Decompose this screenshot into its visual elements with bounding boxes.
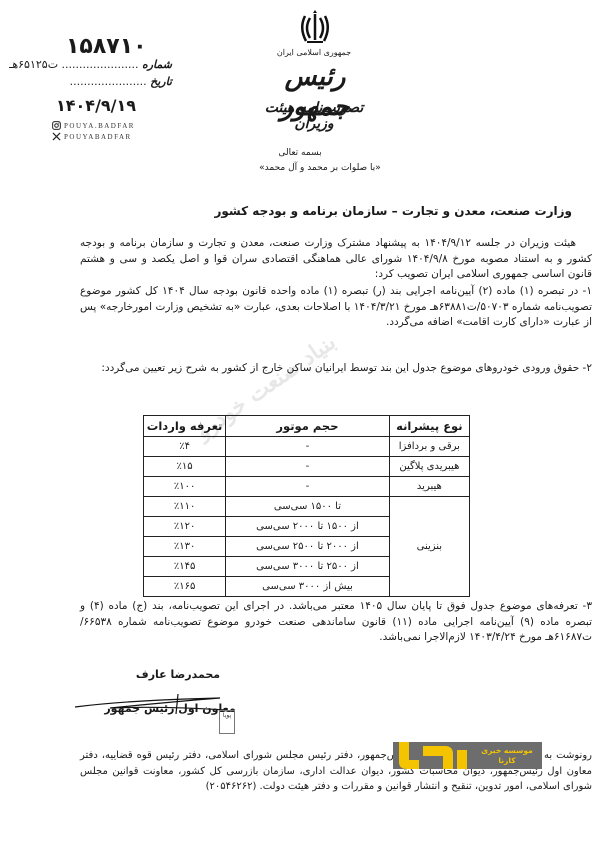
item-1-paragraph: ۱- در تبصره (۱) ماده (۲) آیین‌نامه اجرای… <box>80 284 592 331</box>
cell-engine: بیش از ۳۰۰۰ سی‌سی <box>226 577 390 597</box>
x-icon <box>52 132 61 141</box>
cell-type-gasoline: بنزینی <box>389 497 469 597</box>
number-dots: ...................... <box>62 58 139 71</box>
table-header-row: نوع پیشرانه حجم موتور تعرفه واردات <box>144 416 470 437</box>
cell-engine: - <box>226 437 390 457</box>
cell-engine: از ۲۵۰۰ تا ۳۰۰۰ سی‌سی <box>226 557 390 577</box>
cell-tariff: ٪۱۰۰ <box>144 477 226 497</box>
salawat: «با صلوات بر محمد و آل محمد» <box>200 163 440 173</box>
cell-engine: - <box>226 477 390 497</box>
x-handle: POUYABADFAR <box>64 133 132 141</box>
cell-tariff: ٪۱۳۰ <box>144 537 226 557</box>
date-label: تاریخ <box>150 75 172 88</box>
registration-date-line: تاریخ ...................... <box>22 75 172 88</box>
karna-logo-icon <box>393 742 473 769</box>
table-row: هیبریدی پلاگین - ٪۱۵ <box>144 457 470 477</box>
item-3-paragraph: ۳- تعرفه‌های موضوع جدول فوق تا پایان سال… <box>80 599 592 646</box>
logo-text: موسسه خبری کارنا <box>476 746 542 766</box>
cell-tariff: ٪۱۱۰ <box>144 497 226 517</box>
date-dots: ...................... <box>70 75 147 88</box>
cell-tariff: ٪۱۶۵ <box>144 577 226 597</box>
iran-emblem-icon <box>300 10 330 50</box>
cell-type: برقی و بردافزا <box>389 437 469 457</box>
cell-type: هیبریدی پلاگین <box>389 457 469 477</box>
logo-line-1: موسسه خبری <box>476 746 538 756</box>
intro-paragraph: هیئت وزیران در جلسه ۱۴۰۴/۹/۱۲ به پیشنهاد… <box>80 236 592 283</box>
cell-tariff: ٪۱۵ <box>144 457 226 477</box>
header-engine-type: نوع پیشرانه <box>389 416 469 437</box>
registration-number: ۱۵۸۷۱۰ <box>66 34 147 59</box>
cell-tariff: ٪۱۲۰ <box>144 517 226 537</box>
news-agency-logo: موسسه خبری کارنا <box>393 742 542 769</box>
cell-engine: - <box>226 457 390 477</box>
registration-number-line: شماره ...................... ت۶۵۱۲۵هـ <box>22 58 172 71</box>
table-row: بنزینی تا ۱۵۰۰ سی‌سی ٪۱۱۰ <box>144 497 470 517</box>
stamp: پویا <box>219 710 235 734</box>
tariff-table: نوع پیشرانه حجم موتور تعرفه واردات برقی … <box>143 415 470 597</box>
social-x: POUYABADFAR <box>52 132 132 141</box>
signatory-name: محمدرضا عارف <box>118 668 238 681</box>
cell-tariff: ٪۴ <box>144 437 226 457</box>
header-engine-volume: حجم موتور <box>226 416 390 437</box>
instagram-icon <box>52 121 61 130</box>
item-2-paragraph: ۲- حقوق ورودی خودروهای موضوع جدول این بن… <box>80 361 592 377</box>
instagram-handle: POUYA.BADFAR <box>64 122 135 130</box>
cell-engine: از ۱۵۰۰ تا ۲۰۰۰ سی‌سی <box>226 517 390 537</box>
cell-engine: از ۲۰۰۰ تا ۲۵۰۰ سی‌سی <box>226 537 390 557</box>
registration-date: ۱۴۰۴/۹/۱۹ <box>56 96 136 115</box>
number-value: ت۶۵۱۲۵هـ <box>9 58 58 71</box>
cell-engine: تا ۱۵۰۰ سی‌سی <box>226 497 390 517</box>
country-name: جمهوری اسلامی ایران <box>255 48 373 57</box>
document-type: تصویب‌نامه هیئت وزیران <box>244 100 384 132</box>
table-row: هیبرید - ٪۱۰۰ <box>144 477 470 497</box>
cell-tariff: ٪۱۴۵ <box>144 557 226 577</box>
basmala: بسمه تعالی <box>200 148 400 158</box>
recipients: وزارت صنعت، معدن و تجارت – سازمان برنامه… <box>180 204 572 218</box>
header-import-tariff: تعرفه واردات <box>144 416 226 437</box>
social-instagram: POUYA.BADFAR <box>52 121 135 130</box>
table-row: برقی و بردافزا - ٪۴ <box>144 437 470 457</box>
logo-line-2: کارنا <box>476 756 538 766</box>
number-label: شماره <box>142 58 172 71</box>
cell-type: هیبرید <box>389 477 469 497</box>
